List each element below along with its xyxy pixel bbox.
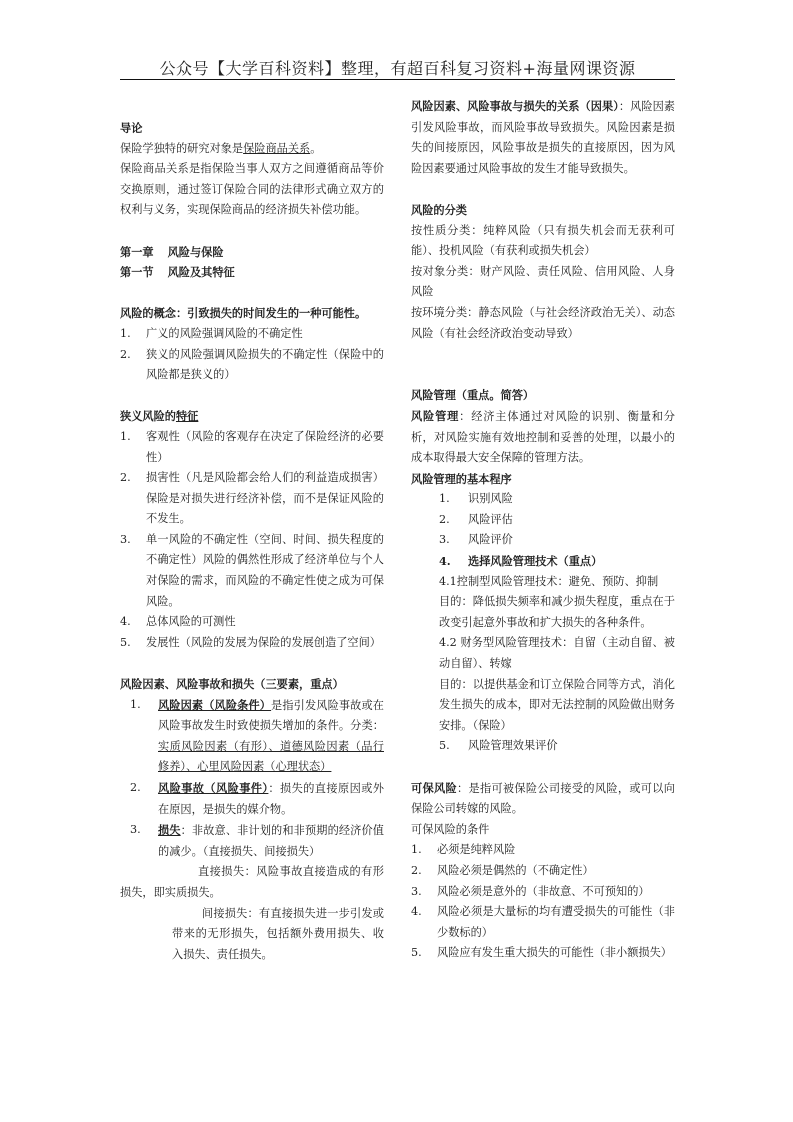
section-title: 风险及其特征 <box>168 265 235 279</box>
list-text: 风险事故（风险事件）：损失的直接原因或外在原因，是损失的媒介物。 <box>158 778 384 820</box>
term-risk-factor: 风险因素（风险条件） <box>158 698 271 712</box>
right-column: 风险因素、风险事故与损失的关系（因果）：风险因素引发风险事故，而风险事故导致损失… <box>411 96 675 964</box>
direct-loss-text: 直接损失：风险事故直接造成的有形损失，即实质损失。 <box>120 862 384 903</box>
list-item: 1.必须是纯粹风险 <box>411 840 675 861</box>
management-heading: 风险管理（重点。简答） <box>411 385 675 406</box>
list-text: 发展性（风险的发展为保险的发展创造了空间） <box>146 633 384 654</box>
list-text: 狭义的风险强调风险损失的不确定性（保险中的风险都是狭义的） <box>146 345 384 386</box>
list-number: 3. <box>439 530 468 551</box>
intro-key-term: 保险商品关系 <box>243 142 310 155</box>
list-item: 4.选择风险管理技术（重点） <box>439 551 675 572</box>
list-text: 风险管理效果评价 <box>468 736 675 757</box>
insurable-definition: 可保风险：是指可被保险公司接受的风险，或可以向保险公司转嫁的风险。 <box>411 778 675 820</box>
page-header-title: 公众号【大学百科资料】整理，有超百科复习资料+海量网课资源 <box>120 56 675 79</box>
relation-heading: 风险因素、风险事故与损失的关系（因果） <box>411 99 619 113</box>
list-item: 4.总体风险的可测性 <box>120 612 384 633</box>
management-term: 风险管理 <box>411 409 459 423</box>
list-number: 4. <box>439 551 468 572</box>
list-item: 2.损害性（凡是风险都会给人们的利益造成损害）保险是对损失进行经济补偿，而不是保… <box>120 468 384 530</box>
indirect-loss-text: 间接损失：有直接损失进一步引发或带来的无形损失，包括额外费用损失、收入损失、责任… <box>120 904 384 966</box>
management-definition: 风险管理：经济主体通过对风险的识别、衡量和分析，对风险实施有效地控制和妥善的处理… <box>411 406 675 469</box>
procedure-heading: 风险管理的基本程序 <box>411 469 675 490</box>
classification-line: 按性质分类：纯粹风险（只有损失机会而无获利可能）、投机风险（有获利或损失机会） <box>411 221 675 262</box>
list-number: 4. <box>120 612 146 633</box>
intro-paragraph: 保险商品关系是指保险当事人双方之间遵循商品等价交换原则，通过签订保险合同的法律形… <box>120 159 384 221</box>
intro-line-suffix: 。 <box>310 142 321 155</box>
list-number: 3. <box>130 820 158 862</box>
list-number: 4. <box>411 902 437 943</box>
list-item: 2.风险必须是偶然的（不确定性） <box>411 861 675 882</box>
chapter-number: 第一章 <box>120 245 154 259</box>
intro-line-prefix: 保险学独特的研究对象是 <box>120 142 243 155</box>
technique-line: 4.2 财务型风险管理技术：自留（主动自留、被动自留）、转嫁 <box>439 633 675 674</box>
list-item: 3. 损失：非故意、非计划的和非预期的经济价值的减少。（直接损失、间接损失） <box>120 820 384 862</box>
chapter-title: 风险与保险 <box>168 245 224 259</box>
list-text: 总体风险的可测性 <box>146 612 384 633</box>
list-number: 3. <box>411 882 437 903</box>
list-number: 1. <box>120 427 146 468</box>
classification-heading: 风险的分类 <box>411 200 675 221</box>
list-number: 2. <box>411 861 437 882</box>
features-heading-key: 特征 <box>176 409 198 423</box>
list-item: 4.风险必须是大量标的均有遭受损失的可能性（非少数标的） <box>411 902 675 943</box>
list-number: 1. <box>130 695 158 778</box>
list-number: 5. <box>411 943 437 964</box>
term-definition: ：非故意、非计划的和非预期的经济价值的减少。（直接损失、间接损失） <box>158 824 384 858</box>
list-text: 损害性（凡是风险都会给人们的利益造成损害）保险是对损失进行经济补偿，而不是保证风… <box>146 468 384 530</box>
classification-line: 按对象分类：财产风险、责任风险、信用风险、人身风险 <box>411 262 675 303</box>
list-number: 2. <box>130 778 158 820</box>
chapter-heading: 第一章风险与保险 <box>120 242 384 263</box>
term-loss: 损失 <box>158 823 181 837</box>
list-number: 1. <box>411 840 437 861</box>
list-item: 5.风险管理效果评价 <box>439 736 675 757</box>
insurable-term: 可保风险 <box>411 781 457 795</box>
list-text: 风险必须是偶然的（不确定性） <box>437 861 675 882</box>
list-item: 1.识别风险 <box>439 489 675 510</box>
list-text: 选择风险管理技术（重点） <box>468 551 675 572</box>
intro-heading: 导论 <box>120 118 384 139</box>
list-number: 5. <box>120 633 146 654</box>
list-item: 3.风险评价 <box>439 530 675 551</box>
list-number: 3. <box>120 530 146 612</box>
list-text: 风险必须是意外的（非故意、不可预知的） <box>437 882 675 903</box>
header-divider <box>120 79 675 80</box>
technique-line: 目的：降低损失频率和减少损失程度，重点在于改变引起意外事故和扩大损失的各种条件。 <box>439 592 675 633</box>
list-text: 风险评估 <box>468 510 675 531</box>
list-text: 损失：非故意、非计划的和非预期的经济价值的减少。（直接损失、间接损失） <box>158 820 384 862</box>
list-text: 识别风险 <box>468 489 675 510</box>
left-column: 导论 保险学独特的研究对象是保险商品关系。 保险商品关系是指保险当事人双方之间遵… <box>120 118 384 965</box>
three-elements-heading: 风险因素、风险事故和损失（三要素，重点） <box>120 674 384 695</box>
relation-paragraph: 风险因素、风险事故与损失的关系（因果）：风险因素引发风险事故，而风险事故导致损失… <box>411 96 675 179</box>
technique-line: 目的：以提供基金和订立保险合同等方式，消化发生损失的成本，即对无法控制的风险做出… <box>439 675 675 737</box>
conditions-heading: 可保风险的条件 <box>411 820 675 841</box>
list-item: 3.风险必须是意外的（非故意、不可预知的） <box>411 882 675 903</box>
list-number: 2. <box>120 345 146 386</box>
concept-heading: 风险的概念：引致损失的时间发生的一种可能性。 <box>120 303 384 324</box>
list-item: 1.客观性（风险的客观存在决定了保险经济的必要性） <box>120 427 384 468</box>
list-item: 1.广义的风险强调风险的不确定性 <box>120 324 384 345</box>
list-text: 风险应有发生重大损失的可能性（非小额损失） <box>437 943 675 964</box>
list-number: 5. <box>439 736 468 757</box>
list-text: 广义的风险强调风险的不确定性 <box>146 324 384 345</box>
list-item: 2.风险评估 <box>439 510 675 531</box>
list-item: 5.风险应有发生重大损失的可能性（非小额损失） <box>411 943 675 964</box>
list-number: 1. <box>439 489 468 510</box>
section-heading: 第一节风险及其特征 <box>120 262 384 283</box>
risk-factor-types: 实质风险因素（有形）、道德风险因素（品行修养）、心里风险因素（心理状态） <box>158 740 384 774</box>
features-heading-prefix: 狭义风险的 <box>120 409 176 423</box>
term-risk-event: 风险事故（风险事件） <box>158 781 268 795</box>
list-item: 1. 风险因素（风险条件）是指引发风险事故或在风险事故发生时致使损失增加的条件。… <box>120 695 384 778</box>
section-number: 第一节 <box>120 265 154 279</box>
list-number: 2. <box>439 510 468 531</box>
list-item: 3.单一风险的不确定性（空间、时间、损失程度的不确定性）风险的偶然性形成了经济单… <box>120 530 384 612</box>
procedure-steps: 1.识别风险 2.风险评估 3.风险评价 4.选择风险管理技术（重点） 4.1控… <box>411 489 675 757</box>
list-text: 风险必须是大量标的均有遭受损失的可能性（非少数标的） <box>437 902 675 943</box>
list-text: 客观性（风险的客观存在决定了保险经济的必要性） <box>146 427 384 468</box>
list-text: 单一风险的不确定性（空间、时间、损失程度的不确定性）风险的偶然性形成了经济单位与… <box>146 530 384 612</box>
intro-line: 保险学独特的研究对象是保险商品关系。 <box>120 139 384 160</box>
list-item: 2.狭义的风险强调风险损失的不确定性（保险中的风险都是狭义的） <box>120 345 384 386</box>
list-number: 1. <box>120 324 146 345</box>
list-text: 必须是纯粹风险 <box>437 840 675 861</box>
indirect-loss-body: 间接损失：有直接损失进一步引发或带来的无形损失，包括额外费用损失、收入损失、责任… <box>172 904 384 966</box>
features-heading: 狭义风险的特征 <box>120 406 384 427</box>
list-item: 2. 风险事故（风险事件）：损失的直接原因或外在原因，是损失的媒介物。 <box>120 778 384 820</box>
list-text: 风险因素（风险条件）是指引发风险事故或在风险事故发生时致使损失增加的条件。分类：… <box>158 695 384 778</box>
list-item: 5.发展性（风险的发展为保险的发展创造了空间） <box>120 633 384 654</box>
list-number: 2. <box>120 468 146 530</box>
list-text: 风险评价 <box>468 530 675 551</box>
technique-line: 4.1控制型风险管理技术：避免、预防、抑制 <box>439 572 675 593</box>
classification-line: 按环境分类：静态风险（与社会经济政治无关）、动态风险（有社会经济政治变动导致） <box>411 303 675 344</box>
